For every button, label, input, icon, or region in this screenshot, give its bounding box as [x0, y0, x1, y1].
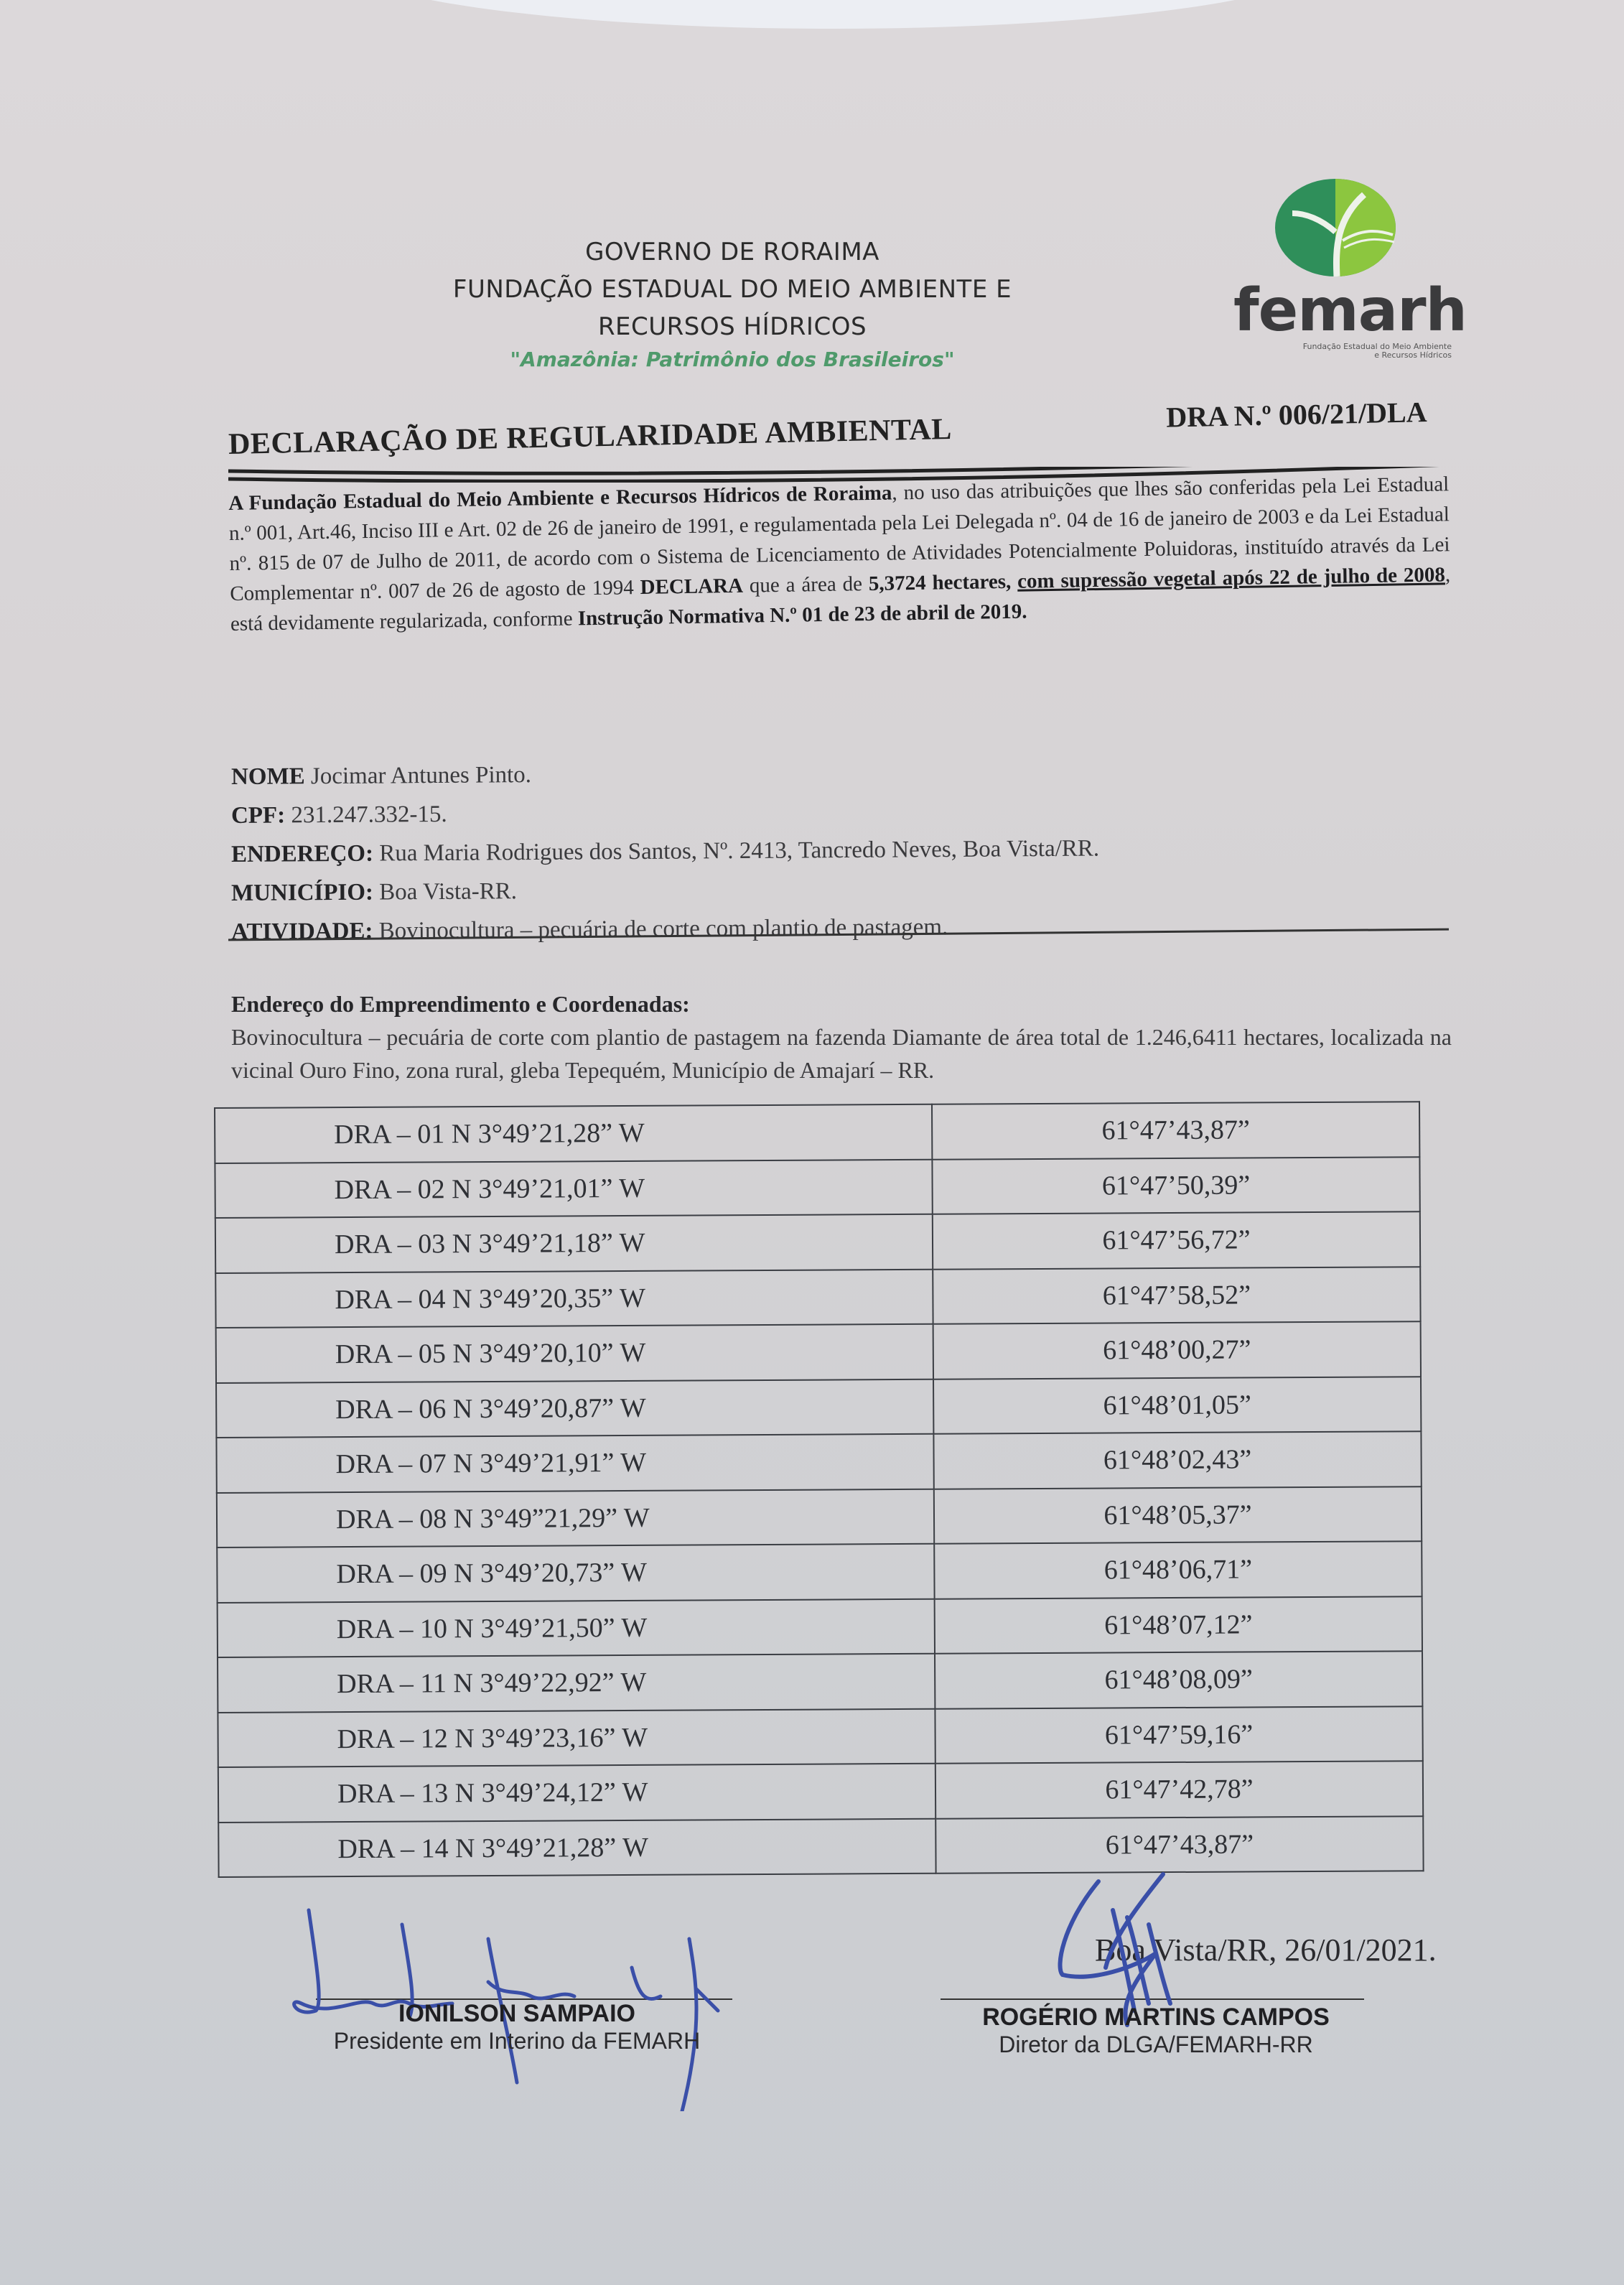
- coordinate-row: DRA – 13 N 3°49’24,12” W61°47’42,78”: [218, 1761, 1423, 1822]
- coordinate-row: DRA – 08 N 3°49”21,29” W61°48’05,37”: [217, 1486, 1422, 1548]
- coordinate-row: DRA – 10 N 3°49’21,50” W61°48’07,12”: [218, 1596, 1422, 1657]
- coordinate-point: DRA – 12 N 3°49’23,16” W: [218, 1708, 935, 1767]
- coordinate-point: DRA – 11 N 3°49’22,92” W: [218, 1654, 935, 1713]
- coordinate-longitude: 61°48’02,43”: [933, 1431, 1421, 1489]
- coordinate-point: DRA – 08 N 3°49”21,29” W: [217, 1489, 934, 1548]
- coordinate-longitude: 61°48’05,37”: [934, 1486, 1422, 1544]
- signatory-name: ROGÉRIO MARTINS CAMPOS: [933, 2004, 1378, 2032]
- signatory-right: ROGÉRIO MARTINS CAMPOS Diretor da DLGA/F…: [933, 2004, 1378, 2058]
- coordinate-row: DRA – 12 N 3°49’23,16” W61°47’59,16”: [218, 1706, 1422, 1767]
- coordinate-row: DRA – 07 N 3°49’21,91” W61°48’02,43”: [216, 1431, 1421, 1492]
- coordinate-point: DRA – 01 N 3°49’21,28” W: [215, 1104, 932, 1163]
- coordinate-row: DRA – 11 N 3°49’22,92” W61°48’08,09”: [218, 1651, 1422, 1712]
- coordinate-row: DRA – 03 N 3°49’21,18” W61°47’56,72”: [215, 1211, 1420, 1272]
- coordinate-point: DRA – 05 N 3°49’20,10” W: [216, 1324, 933, 1383]
- signatory-name: IONILSON SAMPAIO: [280, 2000, 754, 2028]
- coordinate-longitude: 61°48’00,27”: [933, 1321, 1421, 1379]
- coordinate-longitude: 61°47’42,78”: [935, 1761, 1423, 1818]
- coordinate-row: DRA – 04 N 3°49’20,35” W61°47’58,52”: [215, 1267, 1420, 1328]
- coordinate-point: DRA – 07 N 3°49’21,91” W: [216, 1434, 933, 1493]
- signatory-role: Diretor da DLGA/FEMARH-RR: [933, 2032, 1378, 2058]
- coordinate-point: DRA – 14 N 3°49’21,28” W: [218, 1818, 935, 1877]
- coordinate-row: DRA – 01 N 3°49’21,28” W61°47’43,87”: [215, 1102, 1419, 1163]
- coordinate-row: DRA – 05 N 3°49’20,10” W61°48’00,27”: [216, 1321, 1421, 1382]
- coordinate-longitude: 61°47’59,16”: [935, 1706, 1422, 1764]
- coordinate-row: DRA – 02 N 3°49’21,01” W61°47’50,39”: [215, 1157, 1419, 1218]
- coordinate-longitude: 61°48’08,09”: [935, 1651, 1422, 1708]
- coordinate-point: DRA – 10 N 3°49’21,50” W: [218, 1598, 935, 1657]
- coordinate-point: DRA – 09 N 3°49’20,73” W: [217, 1544, 934, 1603]
- coordinate-point: DRA – 02 N 3°49’21,01” W: [215, 1159, 932, 1218]
- coordinate-longitude: 61°48’06,71”: [934, 1541, 1422, 1598]
- coordinate-longitude: 61°47’50,39”: [932, 1157, 1419, 1214]
- coordinate-row: DRA – 14 N 3°49’21,28” W61°47’43,87”: [218, 1816, 1423, 1877]
- coordinate-point: DRA – 06 N 3°49’20,87” W: [216, 1379, 933, 1438]
- coordinate-point: DRA – 13 N 3°49’24,12” W: [218, 1764, 935, 1823]
- coordinate-longitude: 61°47’43,87”: [932, 1102, 1419, 1159]
- coordinate-longitude: 61°47’58,52”: [933, 1267, 1420, 1324]
- coordinate-point: DRA – 03 N 3°49’21,18” W: [215, 1214, 933, 1273]
- coordinate-longitude: 61°48’07,12”: [935, 1596, 1422, 1654]
- coordinate-longitude: 61°47’43,87”: [935, 1816, 1423, 1874]
- coordinate-longitude: 61°47’56,72”: [933, 1211, 1420, 1269]
- coordinates-table: DRA – 01 N 3°49’21,28” W61°47’43,87”DRA …: [214, 1101, 1424, 1878]
- coordinate-point: DRA – 04 N 3°49’20,35” W: [215, 1269, 933, 1328]
- coordinate-row: DRA – 09 N 3°49’20,73” W61°48’06,71”: [217, 1541, 1422, 1602]
- coordinate-longitude: 61°48’01,05”: [933, 1377, 1421, 1434]
- signatory-left: IONILSON SAMPAIO Presidente em Interino …: [280, 2000, 754, 2054]
- coordinate-row: DRA – 06 N 3°49’20,87” W61°48’01,05”: [216, 1377, 1421, 1438]
- signatory-role: Presidente em Interino da FEMARH: [280, 2028, 754, 2054]
